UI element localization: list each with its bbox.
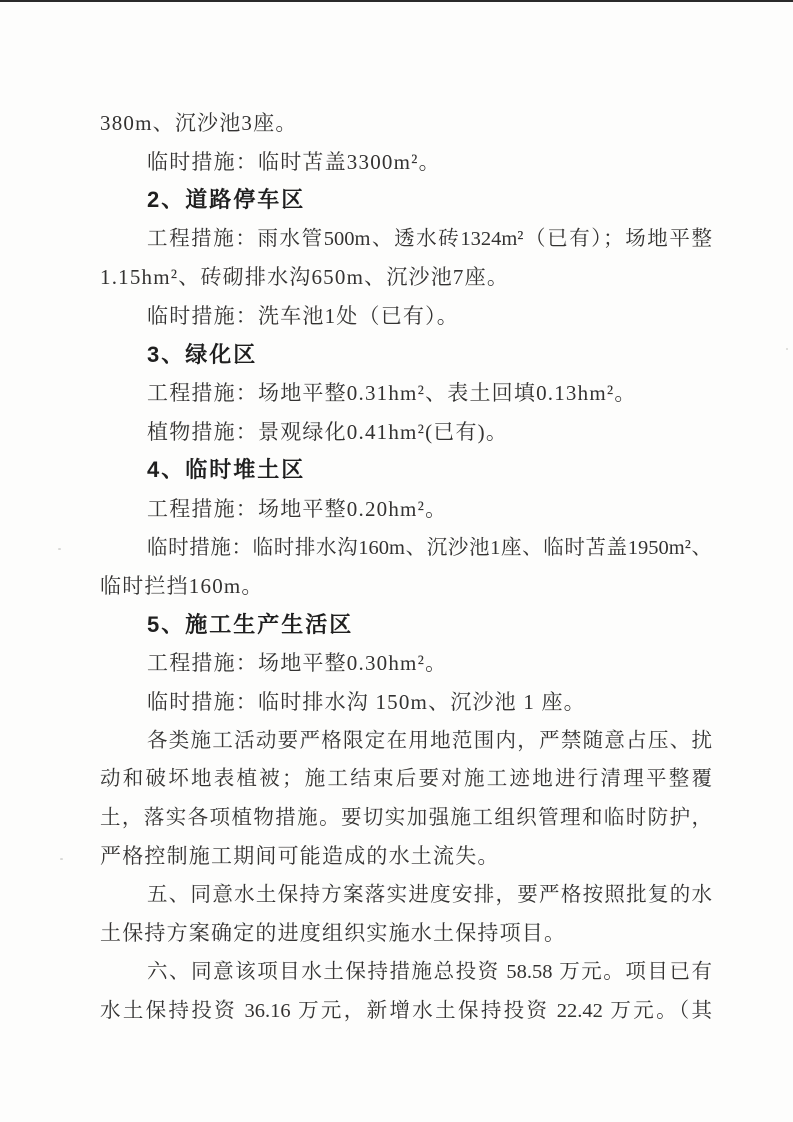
- text-line: 1.15hm²、砖砌排水沟650m、沉沙池7座。: [100, 258, 712, 297]
- text-line: 工程措施：场地平整0.31hm²、表土回填0.13hm²。: [100, 374, 712, 413]
- scan-speck: [60, 858, 63, 860]
- text-line: 严格控制施工期间可能造成的水土流失。: [100, 837, 712, 876]
- text-line: 土保持方案确定的进度组织实施水土保持项目。: [100, 914, 712, 953]
- text-line: 工程措施：雨水管500m、透水砖1324m²（已有）；场地平整: [100, 220, 712, 259]
- text-line: 植物措施：景观绿化0.41hm²(已有)。: [100, 413, 712, 452]
- text-line: 六、同意该项目水土保持措施总投资 58.58 万元。项目已有: [100, 953, 712, 992]
- text-line: 临时措施：临时排水沟160m、沉沙池1座、临时苫盖1950m²、: [100, 529, 712, 568]
- section-heading: 2、道路停车区: [100, 181, 712, 220]
- text-line: 五、同意水土保持方案落实进度安排，要严格按照批复的水: [100, 876, 712, 915]
- section-heading: 5、施工生产生活区: [100, 606, 712, 645]
- text-line: 动和破坏地表植被；施工结束后要对施工迹地进行清理平整覆: [100, 760, 712, 799]
- scan-speck: [58, 548, 61, 550]
- scan-speck: [786, 348, 788, 350]
- section-heading: 4、临时堆土区: [100, 451, 712, 490]
- text-line: 水土保持投资 36.16 万元，新增水土保持投资 22.42 万元。（其: [100, 992, 712, 1031]
- scanned-document-page: 380m、沉沙池3座。临时措施：临时苫盖3300m²。2、道路停车区工程措施：雨…: [0, 0, 793, 1122]
- scanner-top-edge-artifact: [0, 0, 793, 2]
- text-line: 380m、沉沙池3座。: [100, 104, 712, 143]
- text-line: 临时拦挡160m。: [100, 567, 712, 606]
- text-line: 临时措施：临时排水沟 150m、沉沙池 1 座。: [100, 683, 712, 722]
- text-line: 土，落实各项植物措施。要切实加强施工组织管理和临时防护，: [100, 799, 712, 838]
- text-line: 临时措施：洗车池1处（已有）。: [100, 297, 712, 336]
- text-line: 各类施工活动要严格限定在用地范围内，严禁随意占压、扰: [100, 722, 712, 761]
- text-line: 工程措施：场地平整0.20hm²。: [100, 490, 712, 529]
- section-heading: 3、绿化区: [100, 336, 712, 375]
- text-line: 临时措施：临时苫盖3300m²。: [100, 143, 712, 182]
- text-line: 工程措施：场地平整0.30hm²。: [100, 644, 712, 683]
- document-text-block: 380m、沉沙池3座。临时措施：临时苫盖3300m²。2、道路停车区工程措施：雨…: [100, 104, 712, 1030]
